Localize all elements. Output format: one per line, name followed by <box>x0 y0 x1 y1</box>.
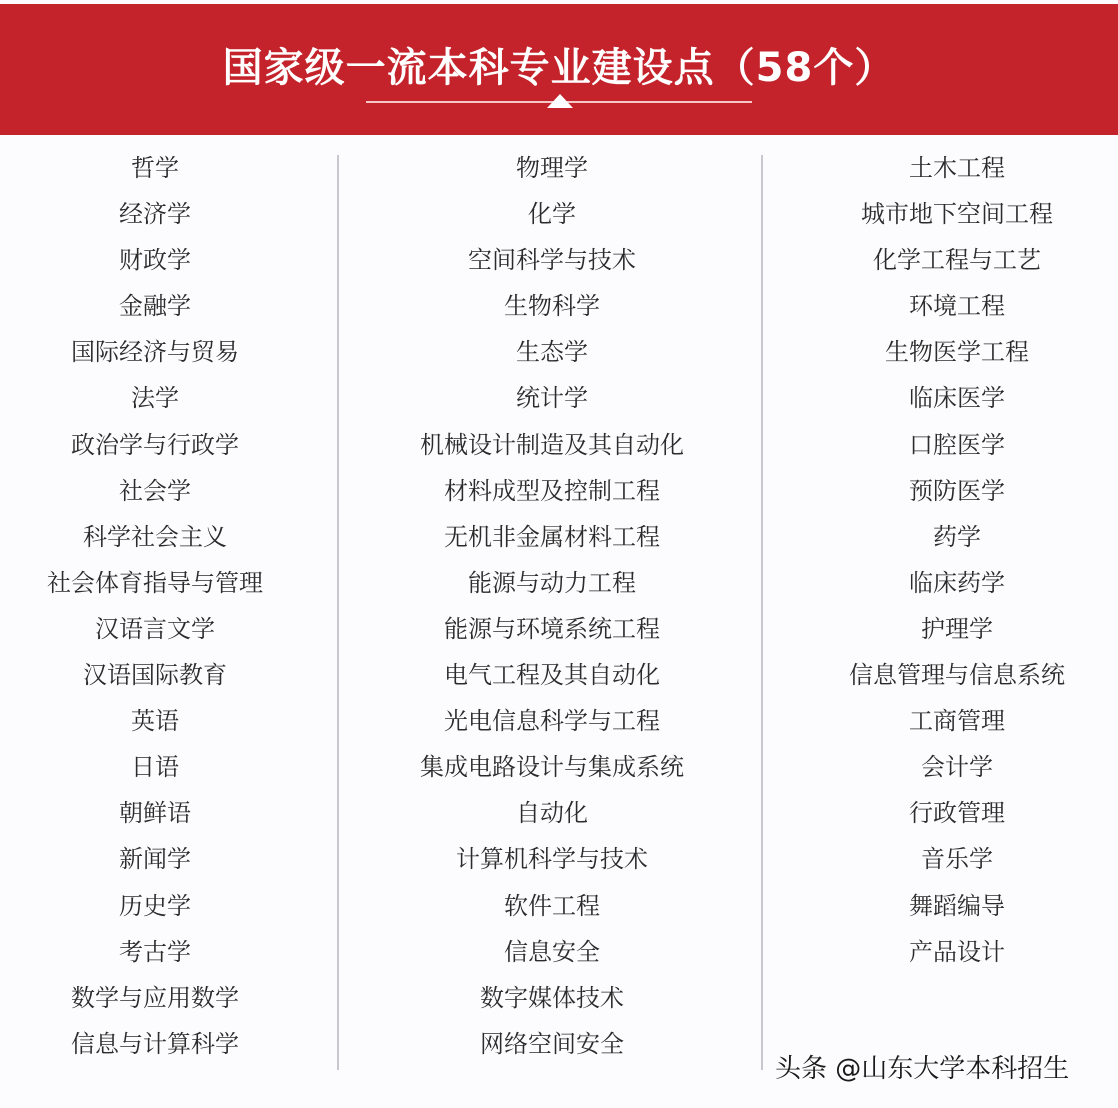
watermark: 头条 @山东大学本科招生 <box>775 1048 1069 1085</box>
major-item: 汉语言文学 <box>0 606 310 652</box>
major-item: 网络空间安全 <box>350 1021 754 1067</box>
major-item: 信息管理与信息系统 <box>775 652 1118 698</box>
major-item: 光电信息科学与工程 <box>350 698 754 744</box>
major-item: 音乐学 <box>775 836 1118 882</box>
triangle-up-icon <box>547 94 573 108</box>
major-item: 英语 <box>0 698 310 744</box>
major-item: 信息与计算科学 <box>0 1021 310 1067</box>
major-item: 朝鲜语 <box>0 790 310 836</box>
major-item: 药学 <box>775 514 1118 560</box>
major-item: 能源与动力工程 <box>350 560 754 606</box>
major-item: 社会体育指导与管理 <box>0 560 310 606</box>
major-item: 城市地下空间工程 <box>775 191 1118 237</box>
major-item: 环境工程 <box>775 283 1118 329</box>
major-item: 财政学 <box>0 237 310 283</box>
major-item: 经济学 <box>0 191 310 237</box>
major-item: 电气工程及其自动化 <box>350 652 754 698</box>
major-item: 能源与环境系统工程 <box>350 606 754 652</box>
major-item: 口腔医学 <box>775 422 1118 468</box>
major-item: 日语 <box>0 744 310 790</box>
major-item: 预防医学 <box>775 468 1118 514</box>
column-divider <box>761 155 763 1070</box>
major-item: 物理学 <box>350 145 754 191</box>
major-item: 护理学 <box>775 606 1118 652</box>
major-item: 生态学 <box>350 329 754 375</box>
major-item: 集成电路设计与集成系统 <box>350 744 754 790</box>
major-item: 数学与应用数学 <box>0 975 310 1021</box>
major-list-column-2: 物理学化学空间科学与技术生物科学生态学统计学机械设计制造及其自动化材料成型及控制… <box>350 145 754 1067</box>
major-item: 临床医学 <box>775 375 1118 421</box>
major-item: 舞蹈编导 <box>775 883 1118 929</box>
major-item: 计算机科学与技术 <box>350 836 754 882</box>
major-item: 化学工程与工艺 <box>775 237 1118 283</box>
major-item: 工商管理 <box>775 698 1118 744</box>
page-title: 国家级一流本科专业建设点（58个） <box>0 42 1118 94</box>
major-item: 生物医学工程 <box>775 329 1118 375</box>
major-item: 法学 <box>0 375 310 421</box>
major-item: 土木工程 <box>775 145 1118 191</box>
major-item: 社会学 <box>0 468 310 514</box>
major-item: 科学社会主义 <box>0 514 310 560</box>
major-item: 材料成型及控制工程 <box>350 468 754 514</box>
major-item: 会计学 <box>775 744 1118 790</box>
column-divider <box>337 155 339 1070</box>
major-item: 数字媒体技术 <box>350 975 754 1021</box>
major-list-column-1: 哲学经济学财政学金融学国际经济与贸易法学政治学与行政学社会学科学社会主义社会体育… <box>0 145 310 1067</box>
major-item: 空间科学与技术 <box>350 237 754 283</box>
major-item: 统计学 <box>350 375 754 421</box>
major-item: 新闻学 <box>0 836 310 882</box>
major-item: 行政管理 <box>775 790 1118 836</box>
major-item: 政治学与行政学 <box>0 422 310 468</box>
major-item: 国际经济与贸易 <box>0 329 310 375</box>
major-item: 哲学 <box>0 145 310 191</box>
major-item: 生物科学 <box>350 283 754 329</box>
major-item: 历史学 <box>0 883 310 929</box>
major-item: 自动化 <box>350 790 754 836</box>
major-item: 金融学 <box>0 283 310 329</box>
header-banner: 国家级一流本科专业建设点（58个） <box>0 4 1118 135</box>
major-item: 机械设计制造及其自动化 <box>350 422 754 468</box>
major-item: 汉语国际教育 <box>0 652 310 698</box>
major-item: 无机非金属材料工程 <box>350 514 754 560</box>
major-list-column-3: 土木工程城市地下空间工程化学工程与工艺环境工程生物医学工程临床医学口腔医学预防医… <box>775 145 1118 975</box>
major-item: 考古学 <box>0 929 310 975</box>
major-item: 产品设计 <box>775 929 1118 975</box>
major-item: 化学 <box>350 191 754 237</box>
major-item: 软件工程 <box>350 883 754 929</box>
major-item: 信息安全 <box>350 929 754 975</box>
major-item: 临床药学 <box>775 560 1118 606</box>
